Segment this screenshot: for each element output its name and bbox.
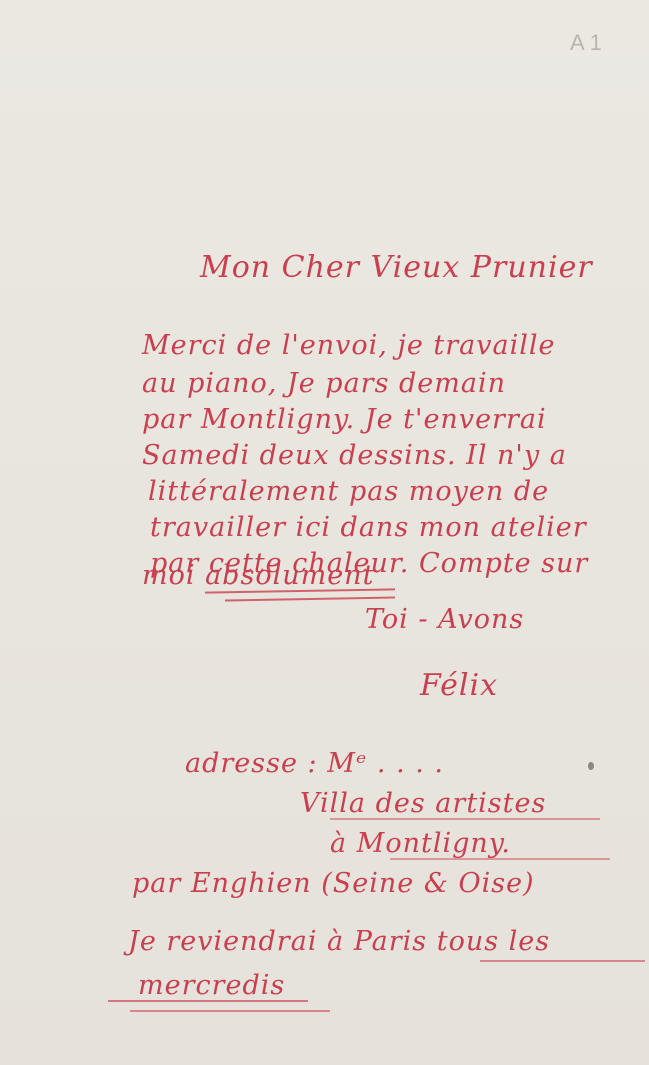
body-line: littéralement pas moyen de	[148, 476, 549, 507]
body-line-last: moi absolument	[142, 560, 374, 591]
ink-spot	[588, 762, 594, 770]
address-line: à Montligny.	[330, 828, 511, 859]
underline-stroke	[330, 818, 600, 820]
underline-stroke	[130, 1010, 330, 1012]
body-line: Samedi deux dessins. Il n'y a	[142, 440, 567, 471]
underline-stroke	[390, 858, 610, 860]
closing: Toi - Avons	[365, 604, 524, 635]
address-line: par Enghien (Seine & Oise)	[132, 868, 535, 899]
signature: Félix	[420, 668, 498, 703]
underline-stroke	[480, 960, 645, 962]
letter-page: A 1 Mon Cher Vieux Prunier Merci de l'en…	[0, 0, 649, 1065]
salutation: Mon Cher Vieux Prunier	[200, 250, 593, 285]
body-line: au piano, Je pars demain	[142, 368, 506, 399]
address-line: Villa des artistes	[300, 788, 546, 819]
postscript-line: mercredis	[138, 970, 285, 1001]
archive-mark: A 1	[570, 30, 602, 56]
body-line: Merci de l'envoi, je travaille	[142, 330, 555, 361]
body-line: travailler ici dans mon atelier	[150, 512, 587, 543]
postscript-line: Je reviendrai à Paris tous les	[128, 926, 550, 957]
body-line: par Montligny. Je t'enverrai	[142, 404, 547, 435]
address-label: adresse : Mᵉ . . . .	[185, 748, 444, 779]
underline-stroke	[108, 1000, 308, 1002]
underline-stroke	[225, 597, 395, 601]
